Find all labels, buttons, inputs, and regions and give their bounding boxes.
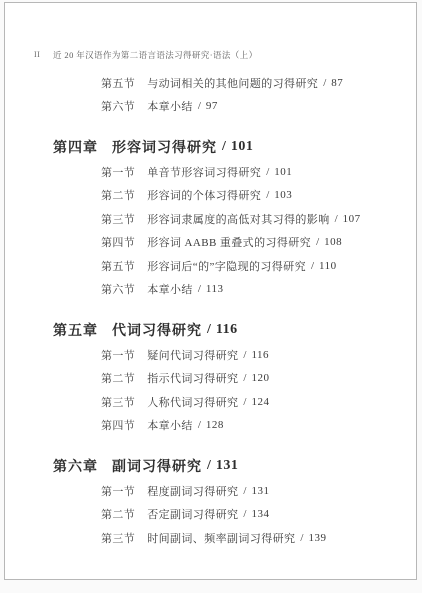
- toc-section-row: 第三节人称代词习得研究/124: [101, 390, 416, 414]
- toc-entry-title: 疑问代词习得研究: [147, 347, 238, 363]
- toc-entry-label: 第六节: [101, 98, 135, 114]
- toc-entry-separator: /: [243, 349, 246, 361]
- toc-entry-label: 第四节: [101, 234, 135, 250]
- toc-section-row: 第一节疑问代词习得研究/116: [101, 343, 416, 367]
- toc-entry-title: 形容词隶属度的高低对其习得的影响: [147, 211, 329, 227]
- toc-entry-page: 107: [343, 213, 361, 225]
- toc-list: 第五节与动词相关的其他问题的习得研究/87第六节本章小结/97第四章形容词习得研…: [5, 71, 416, 550]
- toc-entry-title: 本章小结: [147, 417, 193, 433]
- toc-entry-title: 人称代词习得研究: [147, 394, 238, 410]
- toc-entry-title: 本章小结: [147, 281, 193, 297]
- toc-entry-label: 第五节: [101, 75, 135, 91]
- toc-entry-separator: /: [198, 283, 201, 295]
- running-header: II 近 20 年汉语作为第二语言语法习得研究·语法（上）: [34, 48, 396, 61]
- toc-entry-title: 与动词相关的其他问题的习得研究: [147, 75, 318, 91]
- toc-entry-label: 第五章: [53, 320, 98, 340]
- toc-entry-separator: /: [222, 139, 226, 155]
- toc-entry-label: 第一节: [101, 483, 135, 499]
- toc-entry-label: 第六节: [101, 281, 135, 297]
- toc-section-row: 第五节与动词相关的其他问题的习得研究/87: [101, 71, 416, 95]
- toc-entry-page: 97: [206, 100, 218, 112]
- toc-section-row: 第二节形容词的个体习得研究/103: [101, 184, 416, 208]
- toc-section-row: 第一节程度副词习得研究/131: [101, 479, 416, 503]
- toc-section-row: 第六节本章小结/113: [101, 278, 416, 302]
- toc-entry-page: 116: [216, 322, 238, 338]
- toc-entry-separator: /: [266, 189, 269, 201]
- toc-section-row: 第四节形容词 AABB 重叠式的习得研究/108: [101, 231, 416, 255]
- toc-chapter-row: 第六章副词习得研究/131: [53, 453, 416, 479]
- toc-entry-page: 131: [251, 485, 269, 497]
- toc-entry-page: 103: [274, 189, 292, 201]
- toc-entry-separator: /: [323, 77, 326, 89]
- toc-entry-page: 110: [319, 260, 337, 272]
- toc-entry-label: 第一节: [101, 164, 135, 180]
- toc-entry-page: 108: [324, 236, 342, 248]
- toc-entry-title: 程度副词习得研究: [147, 483, 238, 499]
- toc-entry-title: 指示代词习得研究: [147, 370, 238, 386]
- toc-section-row: 第一节单音节形容词习得研究/101: [101, 160, 416, 184]
- toc-entry-label: 第一节: [101, 347, 135, 363]
- toc-section-row: 第二节指示代词习得研究/120: [101, 367, 416, 391]
- toc-entry-label: 第二节: [101, 506, 135, 522]
- toc-entry-title: 形容词的个体习得研究: [147, 187, 261, 203]
- toc-entry-title: 形容词后“的”字隐现的习得研究: [147, 258, 306, 274]
- toc-entry-page: 116: [251, 349, 269, 361]
- toc-entry-title: 形容词 AABB 重叠式的习得研究: [147, 234, 311, 250]
- toc-entry-page: 87: [331, 77, 343, 89]
- toc-section-row: 第六节本章小结/97: [101, 95, 416, 119]
- toc-entry-title: 本章小结: [147, 98, 193, 114]
- toc-entry-page: 128: [206, 419, 224, 431]
- toc-chapter-row: 第五章代词习得研究/116: [53, 317, 416, 343]
- toc-entry-separator: /: [207, 458, 211, 474]
- toc-section-row: 第四节本章小结/128: [101, 414, 416, 438]
- toc-entry-page: 131: [216, 458, 239, 474]
- toc-entry-separator: /: [198, 100, 201, 112]
- toc-entry-label: 第六章: [53, 456, 98, 476]
- scan-background: II 近 20 年汉语作为第二语言语法习得研究·语法（上） 第五节与动词相关的其…: [0, 0, 422, 593]
- toc-chapter-row: 第四章形容词习得研究/101: [53, 134, 416, 160]
- toc-entry-separator: /: [266, 166, 269, 178]
- toc-entry-separator: /: [243, 508, 246, 520]
- toc-entry-page: 120: [251, 372, 269, 384]
- toc-entry-separator: /: [335, 213, 338, 225]
- toc-entry-separator: /: [198, 419, 201, 431]
- toc-entry-separator: /: [243, 372, 246, 384]
- header-book-title: 近 20 年汉语作为第二语言语法习得研究·语法（上）: [53, 49, 257, 61]
- toc-entry-label: 第三节: [101, 530, 135, 546]
- toc-entry-label: 第四章: [53, 137, 98, 157]
- toc-entry-page: 134: [251, 508, 269, 520]
- header-page-number: II: [34, 50, 53, 59]
- toc-entry-label: 第三节: [101, 211, 135, 227]
- toc-entry-label: 第二节: [101, 187, 135, 203]
- toc-entry-page: 101: [274, 166, 292, 178]
- toc-entry-label: 第四节: [101, 417, 135, 433]
- toc-entry-label: 第三节: [101, 394, 135, 410]
- toc-entry-separator: /: [207, 322, 211, 338]
- toc-entry-separator: /: [243, 485, 246, 497]
- toc-entry-separator: /: [316, 236, 319, 248]
- toc-section-row: 第二节否定副词习得研究/134: [101, 503, 416, 527]
- toc-entry-page: 124: [251, 396, 269, 408]
- toc-entry-title: 代词习得研究: [112, 320, 202, 340]
- toc-entry-label: 第二节: [101, 370, 135, 386]
- toc-entry-separator: /: [300, 532, 303, 544]
- toc-entry-title: 副词习得研究: [112, 456, 202, 476]
- toc-entry-separator: /: [311, 260, 314, 272]
- toc-entry-separator: /: [243, 396, 246, 408]
- toc-entry-page: 101: [231, 139, 254, 155]
- toc-entry-label: 第五节: [101, 258, 135, 274]
- toc-entry-page: 113: [206, 283, 224, 295]
- toc-entry-title: 形容词习得研究: [112, 137, 217, 157]
- toc-section-row: 第三节形容词隶属度的高低对其习得的影响/107: [101, 207, 416, 231]
- toc-entry-title: 单音节形容词习得研究: [147, 164, 261, 180]
- toc-entry-page: 139: [308, 532, 326, 544]
- toc-section-row: 第三节时间副词、频率副词习得研究/139: [101, 526, 416, 550]
- toc-section-row: 第五节形容词后“的”字隐现的习得研究/110: [101, 254, 416, 278]
- toc-entry-title: 时间副词、频率副词习得研究: [147, 530, 295, 546]
- toc-entry-title: 否定副词习得研究: [147, 506, 238, 522]
- book-page: II 近 20 年汉语作为第二语言语法习得研究·语法（上） 第五节与动词相关的其…: [4, 2, 417, 580]
